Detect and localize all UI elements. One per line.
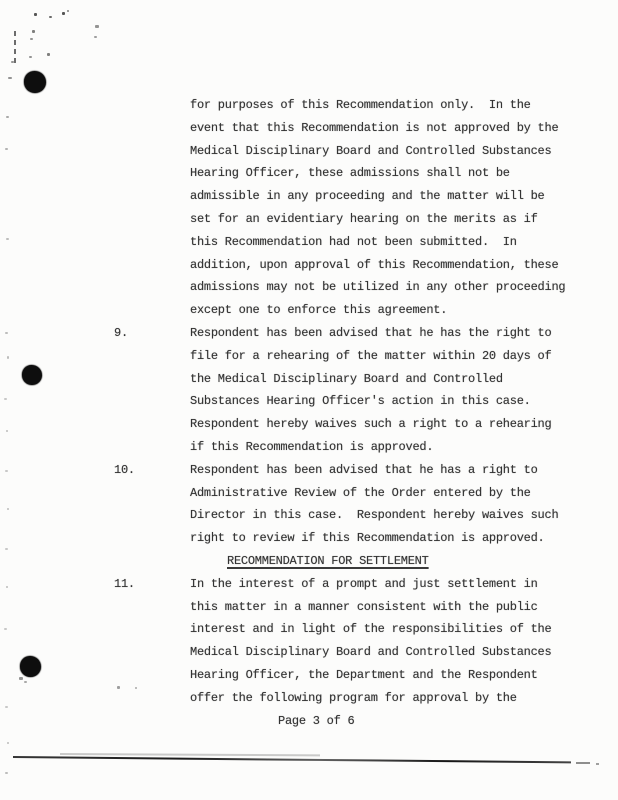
paragraph-text: In the interest of a prompt and just set… xyxy=(190,573,590,710)
scan-line-artifact xyxy=(576,762,590,764)
paragraph-11: 11. In the interest of a prompt and just… xyxy=(190,573,590,710)
scan-line-artifact xyxy=(596,763,599,765)
scan-speck xyxy=(67,10,69,12)
scan-speck xyxy=(62,12,65,15)
paragraph-10: 10. Respondent has been advised that he … xyxy=(190,459,590,550)
scan-speck xyxy=(5,772,8,774)
scan-speck xyxy=(5,148,8,150)
hole-punch-mark xyxy=(24,71,46,93)
scanned-document-page: for purposes of this Recommendation only… xyxy=(0,0,618,800)
scan-speck xyxy=(32,30,35,33)
scan-speck xyxy=(6,238,9,240)
scan-speck xyxy=(7,356,9,359)
paragraph-9: 9. Respondent has been advised that he h… xyxy=(190,322,590,459)
scan-speck xyxy=(8,77,12,79)
paragraph-text: Respondent has been advised that he has … xyxy=(190,322,590,459)
paragraph-number: 11. xyxy=(114,573,158,596)
scan-speck xyxy=(49,16,52,18)
scan-speck xyxy=(47,53,50,56)
scan-speck xyxy=(94,36,97,38)
section-heading: RECOMMENDATION FOR SETTLEMENT xyxy=(227,550,590,573)
scan-speck xyxy=(6,586,8,588)
scan-speck xyxy=(4,628,7,630)
scan-speck xyxy=(5,548,8,550)
scan-speck xyxy=(19,677,23,680)
paragraph-number: 10. xyxy=(114,459,158,482)
scan-speck xyxy=(34,13,37,16)
page-number: Page 3 of 6 xyxy=(278,710,590,733)
scan-speck xyxy=(30,38,33,40)
scan-speck xyxy=(95,25,99,28)
scan-line-artifact xyxy=(13,756,571,763)
scan-speck xyxy=(5,332,8,334)
scan-speck xyxy=(6,430,8,432)
scan-speck xyxy=(4,398,7,400)
scan-speck xyxy=(6,116,9,118)
scan-dash-line xyxy=(14,31,16,63)
scan-speck xyxy=(29,56,32,58)
scan-speck xyxy=(5,470,8,472)
document-body: for purposes of this Recommendation only… xyxy=(190,94,590,732)
scan-speck xyxy=(24,681,27,683)
scan-speck xyxy=(7,508,9,510)
paragraph-text: Respondent has been advised that he has … xyxy=(190,459,590,550)
paragraph-number: 9. xyxy=(114,322,158,345)
hole-punch-mark xyxy=(22,365,42,385)
hole-punch-mark xyxy=(20,656,41,677)
scan-speck xyxy=(7,742,9,744)
scan-speck xyxy=(5,706,8,708)
paragraph-text: for purposes of this Recommendation only… xyxy=(190,94,590,322)
scan-speck xyxy=(117,686,120,689)
paragraph-8-continuation: for purposes of this Recommendation only… xyxy=(190,94,590,322)
scan-speck xyxy=(135,687,137,689)
